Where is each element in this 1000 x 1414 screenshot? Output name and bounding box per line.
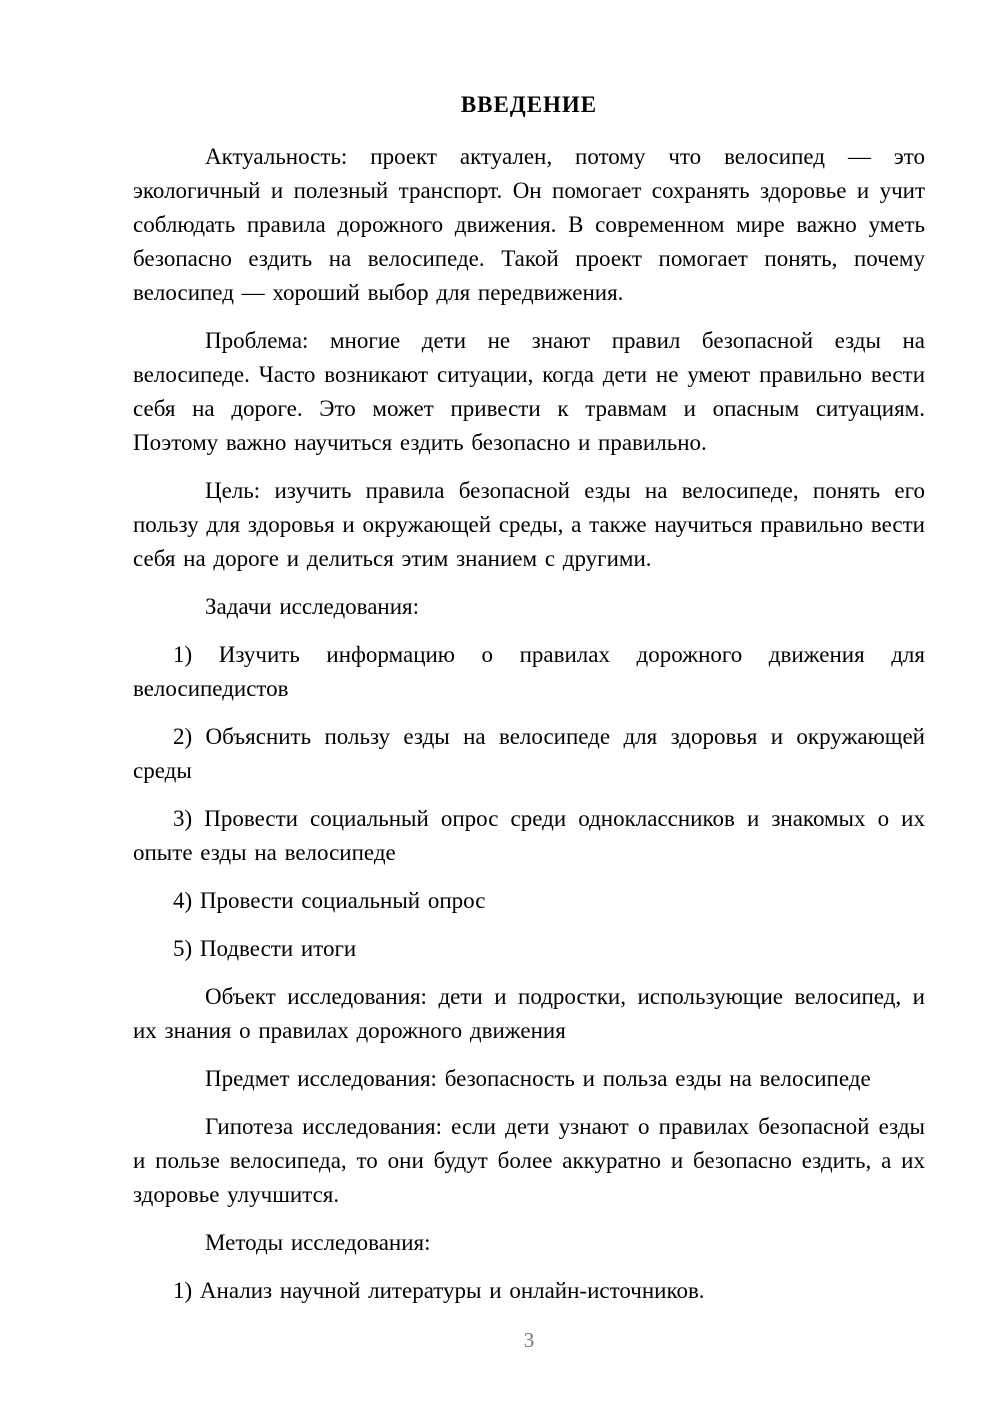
task-item-4: 4) Провести социальный опрос bbox=[133, 884, 925, 918]
paragraph-subject: Предмет исследования: безопасность и пол… bbox=[133, 1062, 925, 1096]
paragraph-problem: Проблема: многие дети не знают правил бе… bbox=[133, 324, 925, 460]
document-page: ВВЕДЕНИЕ Актуальность: проект актуален, … bbox=[0, 0, 1000, 1414]
task-item-5: 5) Подвести итоги bbox=[133, 932, 925, 966]
paragraph-hypothesis: Гипотеза исследования: если дети узнают … bbox=[133, 1110, 925, 1212]
page-number: 3 bbox=[524, 1328, 535, 1352]
heading-tasks: Задачи исследования: bbox=[133, 590, 925, 624]
task-item-3: 3) Провести социальный опрос среди однок… bbox=[133, 802, 925, 870]
heading-methods: Методы исследования: bbox=[133, 1226, 925, 1260]
document-title: ВВЕДЕНИЕ bbox=[133, 88, 925, 122]
method-item-1: 1) Анализ научной литературы и онлайн-ис… bbox=[133, 1274, 925, 1308]
page-footer: 3 bbox=[133, 1326, 925, 1354]
document-body: ВВЕДЕНИЕ Актуальность: проект актуален, … bbox=[133, 88, 925, 1322]
paragraph-relevance: Актуальность: проект актуален, потому чт… bbox=[133, 140, 925, 310]
task-item-1: 1) Изучить информацию о правилах дорожно… bbox=[133, 638, 925, 706]
paragraph-goal: Цель: изучить правила безопасной езды на… bbox=[133, 474, 925, 576]
task-item-2: 2) Объяснить пользу езды на велосипеде д… bbox=[133, 720, 925, 788]
paragraph-object: Объект исследования: дети и подростки, и… bbox=[133, 980, 925, 1048]
